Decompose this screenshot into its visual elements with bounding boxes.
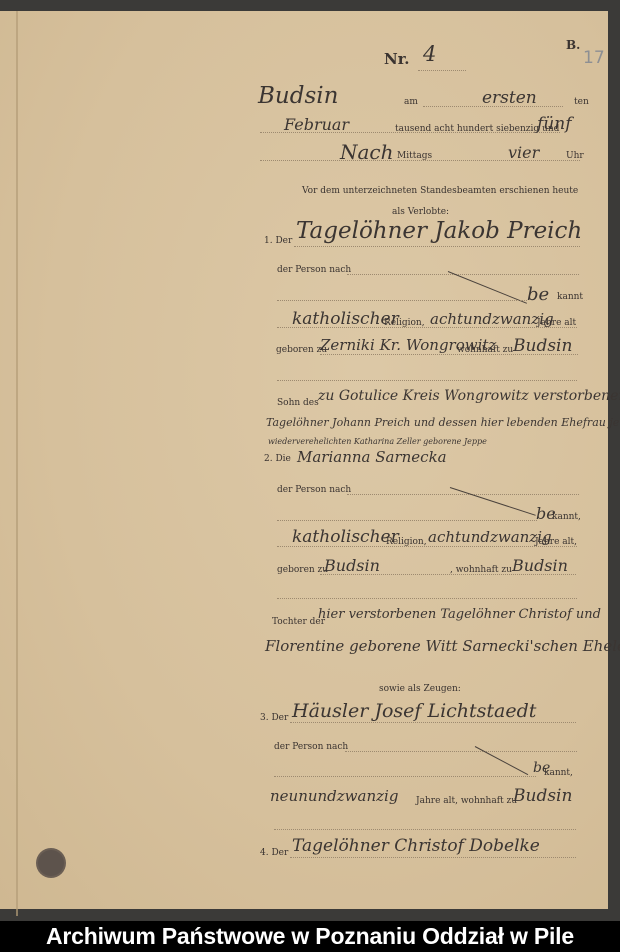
dotted-line [277, 598, 577, 599]
groom-kannt-label: kannt [557, 292, 583, 302]
form-letter: B. [566, 38, 580, 52]
bride-parents-line2: Florentine geborene Witt Sarnecki'schen … [265, 637, 620, 655]
witness2-number-label: 4. Der [260, 848, 288, 858]
dotted-line [347, 274, 579, 275]
groom-age-label: Jahre alt [537, 318, 576, 328]
witness1-name: Häusler Josef Lichtstaedt [292, 700, 536, 722]
witness1-kannt-label: kannt, [544, 768, 573, 778]
bride-religion: katholischer [292, 527, 399, 547]
place-of-registry: Budsin [258, 83, 338, 109]
dotted-line [277, 520, 537, 521]
witnesses-label: sowie als Zeugen: [379, 684, 461, 694]
dotted-line [294, 246, 580, 247]
am-label: am [404, 97, 418, 107]
groom-parents-line1: zu Gotulice Kreis Wongrowitz verstorbene… [318, 388, 620, 404]
bride-residence-label: , wohnhaft zu [450, 565, 512, 575]
dotted-line [277, 380, 577, 381]
archive-caption: Archiwum Państwowe w Poznaniu Oddział w … [0, 921, 620, 952]
witness1-person-label: der Person nach [274, 742, 348, 752]
dotted-line [274, 829, 576, 830]
intro-line: Vor dem unterzeichneten Standesbeamten e… [302, 186, 578, 196]
mittags-label: Mittags [397, 151, 432, 161]
groom-parents-label: Sohn des [277, 398, 319, 408]
year-text: tausend acht hundert siebenzig und [395, 124, 559, 134]
bride-parents-line1: hier verstorbenen Tagelöhner Christof un… [318, 607, 601, 622]
record-number: 4 [423, 42, 436, 66]
witness2-name: Tagelöhner Christof Dobelke [292, 836, 540, 856]
uhr-label: Uhr [566, 151, 584, 161]
witness1-number-label: 3. Der [260, 713, 288, 723]
ink-stain-icon [38, 850, 64, 876]
dotted-line [290, 857, 576, 858]
page-number-pencil: 17 [583, 48, 605, 68]
groom-person-label: der Person nach [277, 265, 351, 275]
bride-age-label: Jahre alt, [535, 537, 577, 547]
dotted-line [345, 751, 577, 752]
dotted-line [347, 494, 579, 495]
dotted-line [290, 722, 576, 723]
day-suffix: ten [574, 97, 589, 107]
groom-number-label: 1. Der [264, 236, 292, 246]
groom-religion-label: Religion, [384, 318, 425, 328]
paper-fold-line [16, 11, 18, 916]
bride-born-place: Budsin [324, 556, 380, 575]
witness1-age-label: Jahre alt, wohnhaft zu [416, 796, 517, 806]
time-of-day: Nach [340, 140, 394, 164]
groom-religion: katholischer [292, 309, 399, 329]
day: ersten [482, 88, 537, 108]
month: Februar [284, 115, 349, 134]
witness1-age: neunundzwanzig [270, 787, 398, 805]
dotted-line [277, 300, 527, 301]
groom-age: achtundzwanzig [430, 310, 554, 328]
dotted-line [274, 776, 536, 777]
bride-name: Marianna Sarnecka [297, 448, 447, 466]
groom-known: be [527, 284, 549, 305]
groom-name: Tagelöhner Jakob Preich [296, 218, 582, 244]
bride-person-label: der Person nach [277, 485, 351, 495]
bride-residence: Budsin [512, 556, 568, 575]
bride-religion-label: Religion, [386, 537, 427, 547]
groom-parents-line3: wiederverehelichten Katharina Zeller geb… [268, 437, 487, 446]
groom-parents-line2: Tagelöhner Johann Preich und dessen hier… [266, 416, 620, 429]
groom-residence: Budsin [513, 336, 572, 356]
year-handwritten: fünf [537, 114, 571, 134]
bride-number-label: 2. Die [264, 454, 291, 464]
bride-kannt-label: kannt, [552, 512, 581, 522]
groom-residence-label: wohnhaft zu [457, 345, 513, 355]
record-number-label: Nr. [384, 50, 409, 68]
hour: vier [508, 143, 539, 162]
als-verlobte-label: als Verlobte: [392, 207, 449, 217]
bride-age: achtundzwanzig [428, 528, 552, 546]
witness1-residence: Budsin [513, 786, 572, 806]
dotted-line [418, 70, 466, 71]
